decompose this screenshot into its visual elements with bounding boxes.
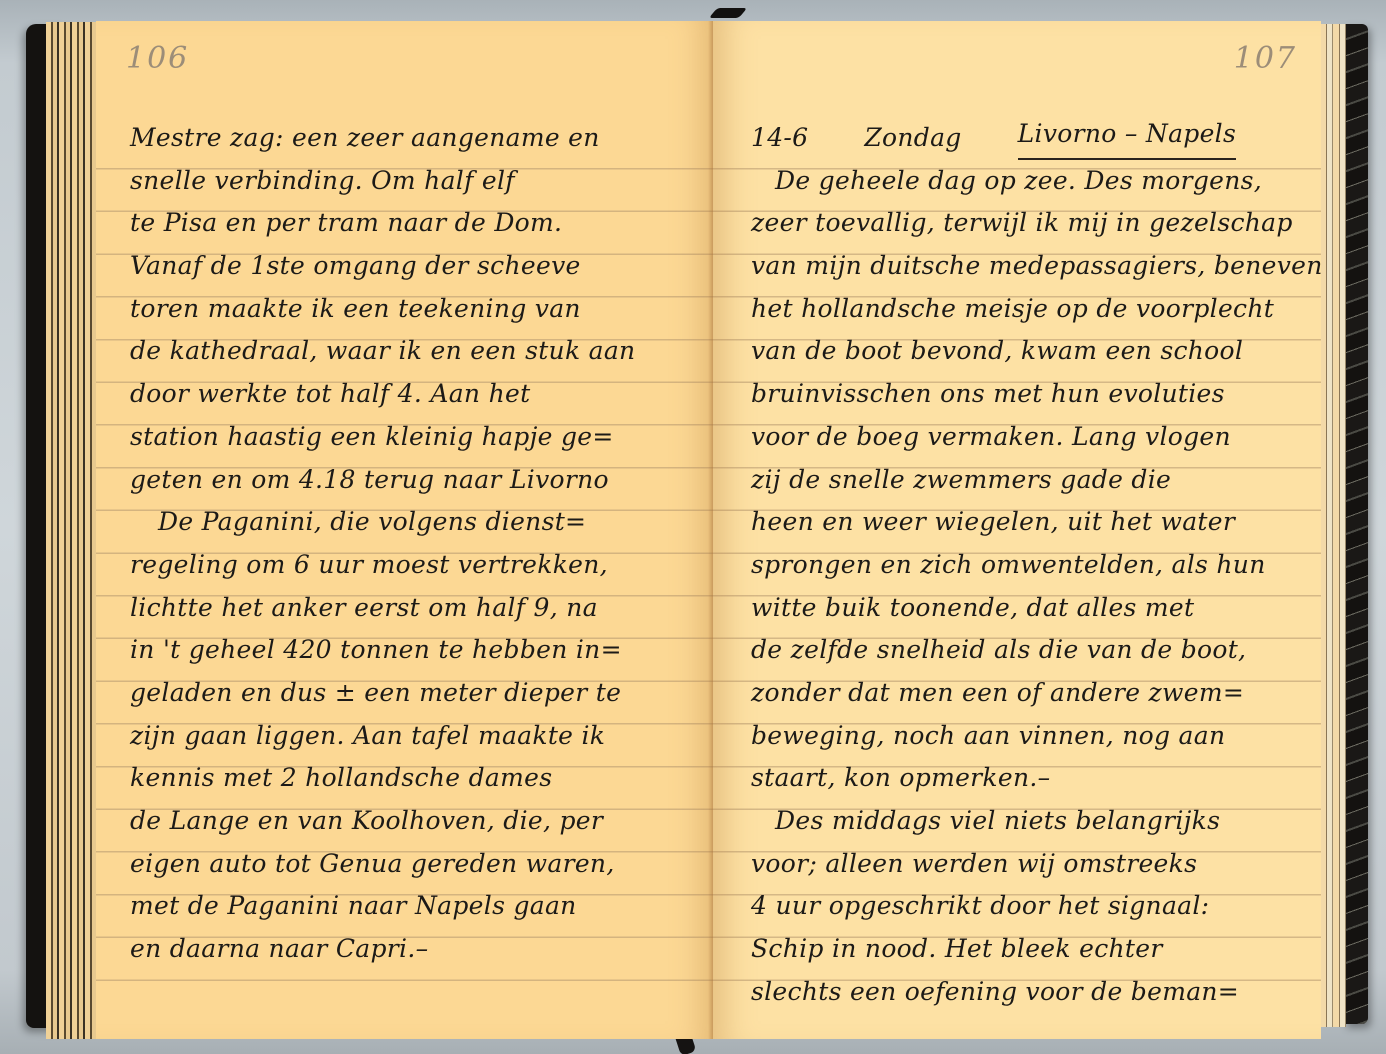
left-page-text: Mestre zag: een zeer aangename en snelle… bbox=[96, 117, 713, 971]
text-line: snelle verbinding. Om half elf bbox=[96, 160, 713, 203]
text-line: van mijn duitsche medepassagiers, beneve… bbox=[713, 245, 1321, 288]
open-notebook: 106 Mestre zag: een zeer aangename en sn… bbox=[0, 0, 1386, 1054]
text-line: eigen auto tot Genua gereden waren, bbox=[96, 843, 713, 886]
text-line: toren maakte ik een teekening van bbox=[96, 288, 713, 331]
text-line: sprongen en zich omwentelden, als hun bbox=[713, 544, 1321, 587]
text-line: met de Paganini naar Napels gaan bbox=[96, 885, 713, 928]
text-line: zij de snelle zwemmers gade die bbox=[713, 459, 1321, 502]
paragraph-start-line: Des middags viel niets belangrijks bbox=[713, 800, 1321, 843]
left-page: 106 Mestre zag: een zeer aangename en sn… bbox=[96, 21, 713, 1039]
text-line: en daarna naar Capri.– bbox=[96, 928, 713, 971]
text-line: Vanaf de 1ste omgang der scheeve bbox=[96, 245, 713, 288]
page-number-left: 106 bbox=[126, 41, 189, 76]
bookmark-ribbon-top bbox=[709, 8, 747, 18]
text-line: geten en om 4.18 terug naar Livorno bbox=[96, 459, 713, 502]
text-line: van de boot bevond, kwam een school bbox=[713, 330, 1321, 373]
right-marbled-cover-edge bbox=[1344, 24, 1368, 1024]
text-line: Schip in nood. Het bleek echter bbox=[713, 928, 1321, 971]
entry-heading: 14-6 Zondag Livorno – Napels bbox=[713, 117, 1321, 160]
text-line: de kathedraal, waar ik en een stuk aan bbox=[96, 330, 713, 373]
entry-route: Livorno – Napels bbox=[1018, 117, 1236, 160]
text-line: Mestre zag: een zeer aangename en bbox=[96, 117, 713, 160]
text-line: station haastig een kleinig hapje ge= bbox=[96, 416, 713, 459]
right-page-edges bbox=[1320, 24, 1346, 1027]
text-line: heen en weer wiegelen, uit het water bbox=[713, 501, 1321, 544]
text-line: in 't geheel 420 tonnen te hebben in= bbox=[96, 629, 713, 672]
left-page-edges bbox=[46, 22, 96, 1039]
text-line: kennis met 2 hollandsche dames bbox=[96, 757, 713, 800]
text-line: zijn gaan liggen. Aan tafel maakte ik bbox=[96, 715, 713, 758]
right-page: 107 14-6 Zondag Livorno – Napels De gehe… bbox=[713, 21, 1321, 1039]
text-line: slechts een oefening voor de beman= bbox=[713, 971, 1321, 1014]
text-line: bruinvisschen ons met hun evoluties bbox=[713, 373, 1321, 416]
paragraph-start-line: De geheele dag op zee. Des morgens, bbox=[713, 160, 1321, 203]
text-line: voor; alleen werden wij omstreeks bbox=[713, 843, 1321, 886]
text-line: 4 uur opgeschrikt door het signaal: bbox=[713, 885, 1321, 928]
text-line: staart, kon opmerken.– bbox=[713, 757, 1321, 800]
entry-date: 14-6 bbox=[751, 117, 808, 160]
text-line: witte buik toonende, dat alles met bbox=[713, 587, 1321, 630]
text-line: voor de boeg vermaken. Lang vlogen bbox=[713, 416, 1321, 459]
text-line: geladen en dus ± een meter dieper te bbox=[96, 672, 713, 715]
text-line: de zelfde snelheid als die van de boot, bbox=[713, 629, 1321, 672]
text-line: het hollandsche meisje op de voorplecht bbox=[713, 288, 1321, 331]
text-line: lichtte het anker eerst om half 9, na bbox=[96, 587, 713, 630]
text-line: de Lange en van Koolhoven, die, per bbox=[96, 800, 713, 843]
right-page-text: 14-6 Zondag Livorno – Napels De geheele … bbox=[713, 117, 1321, 1013]
text-line: beweging, noch aan vinnen, nog aan bbox=[713, 715, 1321, 758]
entry-day: Zondag bbox=[864, 117, 961, 160]
paragraph-start-line: De Paganini, die volgens dienst= bbox=[96, 501, 713, 544]
text-line: regeling om 6 uur moest vertrekken, bbox=[96, 544, 713, 587]
text-line: te Pisa en per tram naar de Dom. bbox=[96, 202, 713, 245]
page-number-right: 107 bbox=[1234, 41, 1297, 76]
text-line: door werkte tot half 4. Aan het bbox=[96, 373, 713, 416]
text-line: zeer toevallig, terwijl ik mij in gezels… bbox=[713, 202, 1321, 245]
text-line: zonder dat men een of andere zwem= bbox=[713, 672, 1321, 715]
